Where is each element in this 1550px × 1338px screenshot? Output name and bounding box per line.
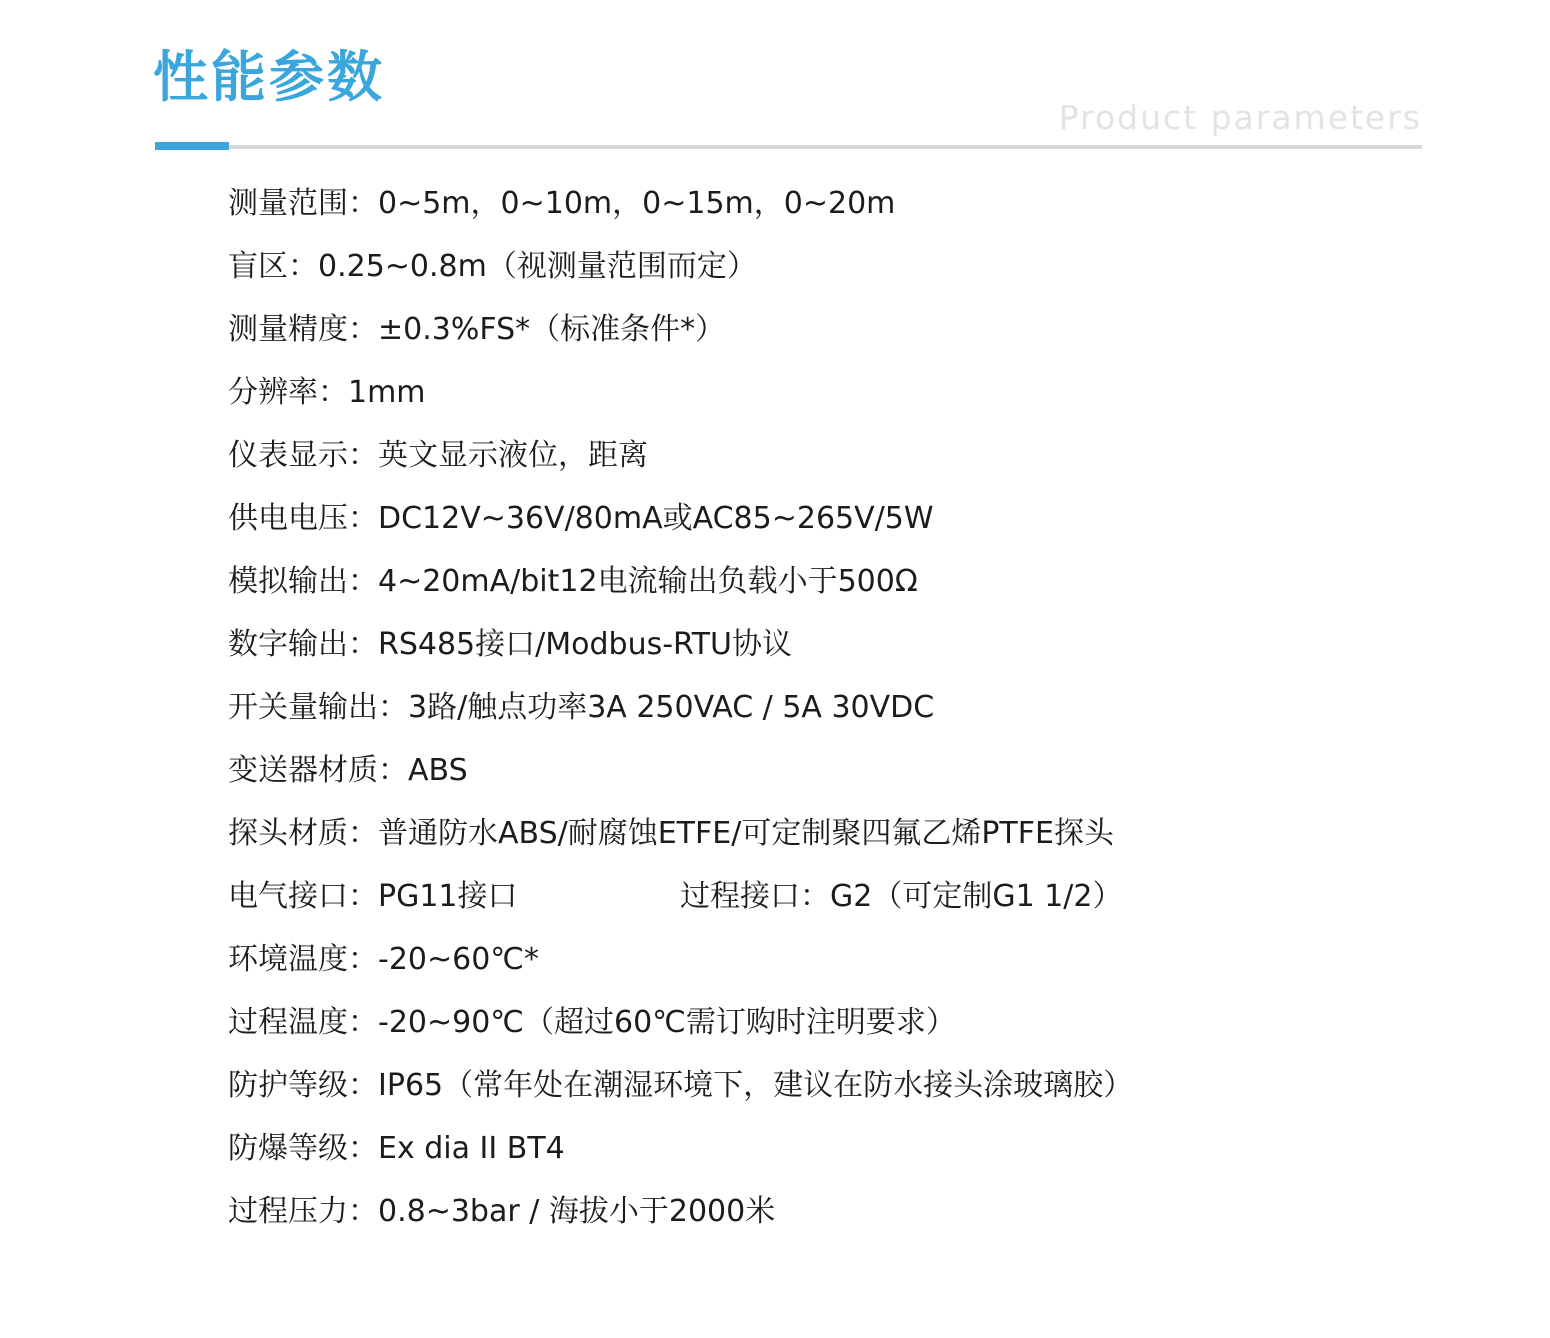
spec-value: 普通防水ABS/耐腐蚀ETFE/可定制聚四氟乙烯PTFE探头 [378, 816, 1114, 851]
spec-value: ±0.3%FS*（标准条件*） [378, 312, 725, 347]
spec-value: G2（可定制G1 1/2） [830, 879, 1123, 914]
spec-label: 模拟输出： [228, 564, 378, 599]
spec-row: 变送器材质：ABS [228, 739, 1490, 802]
spec-value: DC12V~36V/80mA或AC85~265V/5W [378, 501, 934, 536]
spec-row: 分辨率：1mm [228, 361, 1490, 424]
divider-accent-bar [155, 142, 229, 150]
spec-item: 防护等级：IP65（常年处在潮湿环境下，建议在防水接头涂玻璃胶） [228, 1054, 1133, 1117]
spec-value: 0.25~0.8m（视测量范围而定） [318, 249, 757, 284]
spec-item: 盲区：0.25~0.8m（视测量范围而定） [228, 235, 757, 298]
spec-row: 数字输出：RS485接口/Modbus-RTU协议 [228, 613, 1490, 676]
spec-item: 数字输出：RS485接口/Modbus-RTU协议 [228, 613, 792, 676]
spec-value: ABS [408, 753, 468, 788]
spec-item: 仪表显示：英文显示液位，距离 [228, 424, 648, 487]
divider-gray-line [229, 145, 1422, 149]
spec-label: 防爆等级： [228, 1131, 378, 1166]
spec-label: 开关量输出： [228, 690, 408, 725]
spec-label: 过程压力： [228, 1194, 378, 1229]
spec-value: 英文显示液位，距离 [378, 438, 648, 473]
spec-item: 开关量输出：3路/触点功率3A 250VAC / 5A 30VDC [228, 676, 934, 739]
spec-item: 分辨率：1mm [228, 361, 426, 424]
spec-label: 环境温度： [228, 942, 378, 977]
spec-value: -20~90℃（超过60℃需订购时注明要求） [378, 1005, 956, 1040]
spec-label: 测量精度： [228, 312, 378, 347]
spec-row: 测量范围：0~5m，0~10m，0~15m，0~20m [228, 172, 1490, 235]
spec-item: 过程温度：-20~90℃（超过60℃需订购时注明要求） [228, 991, 956, 1054]
spec-label: 盲区： [228, 249, 318, 284]
spec-row: 仪表显示：英文显示液位，距离 [228, 424, 1490, 487]
spec-label: 数字输出： [228, 627, 378, 662]
spec-row: 供电电压：DC12V~36V/80mA或AC85~265V/5W [228, 487, 1490, 550]
product-parameters-page: 性能参数 Product parameters 测量范围：0~5m，0~10m，… [0, 0, 1550, 1338]
spec-value: RS485接口/Modbus-RTU协议 [378, 627, 792, 662]
spec-item: 模拟输出：4~20mA/bit12电流输出负载小于500Ω [228, 550, 918, 613]
spec-value: -20~60℃* [378, 942, 539, 977]
spec-label: 过程温度： [228, 1005, 378, 1040]
spec-value: 4~20mA/bit12电流输出负载小于500Ω [378, 564, 918, 599]
spec-value: 1mm [348, 375, 426, 410]
spec-value: Ex dia II BT4 [378, 1131, 565, 1166]
spec-row: 防护等级：IP65（常年处在潮湿环境下，建议在防水接头涂玻璃胶） [228, 1054, 1490, 1117]
spec-row: 探头材质：普通防水ABS/耐腐蚀ETFE/可定制聚四氟乙烯PTFE探头 [228, 802, 1490, 865]
spec-row: 电气接口：PG11接口过程接口：G2（可定制G1 1/2） [228, 865, 1490, 928]
page-subtitle: Product parameters [1059, 98, 1422, 137]
spec-item: 供电电压：DC12V~36V/80mA或AC85~265V/5W [228, 487, 934, 550]
spec-row: 过程压力：0.8~3bar / 海拔小于2000米 [228, 1180, 1490, 1243]
spec-item: 测量范围：0~5m，0~10m，0~15m，0~20m [228, 172, 895, 235]
spec-item: 过程接口：G2（可定制G1 1/2） [680, 865, 1123, 928]
spec-item: 过程压力：0.8~3bar / 海拔小于2000米 [228, 1180, 775, 1243]
spec-label: 仪表显示： [228, 438, 378, 473]
spec-row: 开关量输出：3路/触点功率3A 250VAC / 5A 30VDC [228, 676, 1490, 739]
spec-label: 供电电压： [228, 501, 378, 536]
header-divider [155, 142, 1422, 150]
spec-item: 测量精度：±0.3%FS*（标准条件*） [228, 298, 725, 361]
spec-value: PG11接口 [378, 879, 518, 914]
spec-row: 盲区：0.25~0.8m（视测量范围而定） [228, 235, 1490, 298]
spec-label: 分辨率： [228, 375, 348, 410]
spec-item: 电气接口：PG11接口 [228, 865, 680, 928]
spec-value: 3路/触点功率3A 250VAC / 5A 30VDC [408, 690, 934, 725]
spec-label: 探头材质： [228, 816, 378, 851]
page-title: 性能参数 [153, 46, 385, 109]
spec-value: IP65（常年处在潮湿环境下，建议在防水接头涂玻璃胶） [378, 1068, 1133, 1103]
spec-row: 模拟输出：4~20mA/bit12电流输出负载小于500Ω [228, 550, 1490, 613]
spec-row: 测量精度：±0.3%FS*（标准条件*） [228, 298, 1490, 361]
spec-label: 过程接口： [680, 879, 830, 914]
spec-value: 0.8~3bar / 海拔小于2000米 [378, 1194, 775, 1229]
spec-row: 过程温度：-20~90℃（超过60℃需订购时注明要求） [228, 991, 1490, 1054]
spec-value: 0~5m，0~10m，0~15m，0~20m [378, 186, 895, 221]
spec-list: 测量范围：0~5m，0~10m，0~15m，0~20m盲区：0.25~0.8m（… [228, 172, 1490, 1243]
spec-label: 电气接口： [228, 879, 378, 914]
spec-row: 防爆等级：Ex dia II BT4 [228, 1117, 1490, 1180]
spec-item: 探头材质：普通防水ABS/耐腐蚀ETFE/可定制聚四氟乙烯PTFE探头 [228, 802, 1114, 865]
spec-item: 防爆等级：Ex dia II BT4 [228, 1117, 565, 1180]
spec-item: 变送器材质：ABS [228, 739, 468, 802]
spec-item: 环境温度：-20~60℃* [228, 928, 539, 991]
spec-label: 测量范围： [228, 186, 378, 221]
spec-label: 变送器材质： [228, 753, 408, 788]
spec-label: 防护等级： [228, 1068, 378, 1103]
section-header: 性能参数 Product parameters [0, 0, 1550, 150]
spec-row: 环境温度：-20~60℃* [228, 928, 1490, 991]
